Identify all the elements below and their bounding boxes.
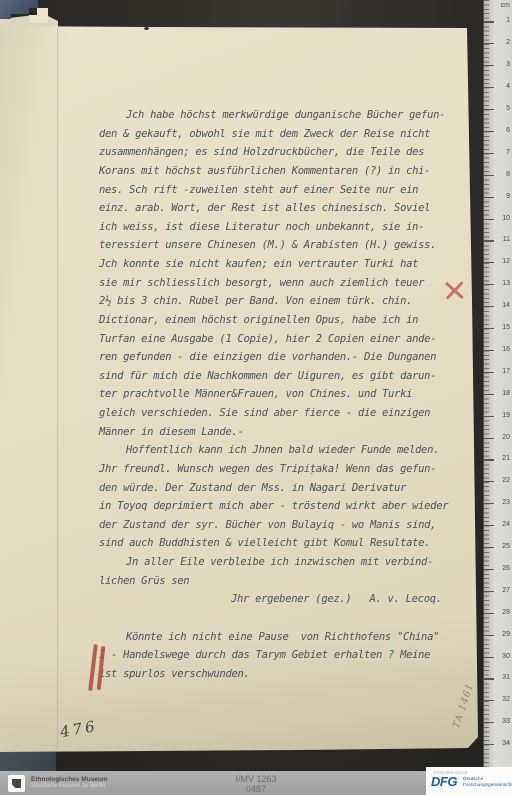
letter-body: Jch habe höchst merkwürdige dunganische …	[99, 106, 479, 683]
ruler-fine-ticks	[484, 0, 489, 771]
red-margin-marks	[90, 644, 106, 694]
paper-speck	[144, 27, 149, 30]
letter-line: ist spurlos verschwunden.	[99, 665, 479, 684]
red-x-mark	[444, 280, 465, 300]
dfg-org-name: Deutsche Forschungsgemeinschaft	[463, 777, 512, 788]
letter-line: Jhr freundl. Wunsch wegen des Tripiṭaka!…	[99, 460, 479, 479]
letter-line: zusammenhängen; es sind Holzdruckbücher,…	[99, 143, 479, 162]
letter-line: Jn aller Eile verbleibe ich inzwischen m…	[99, 553, 479, 572]
letter-line: ren gefunden - die einzigen die vorhande…	[99, 348, 479, 367]
letter-line: den & gekauft, obwohl sie mit dem Zweck …	[99, 125, 479, 144]
footer-bar: Ethnologisches Museum Staatliche Museen …	[0, 771, 512, 795]
scan-viewer: Jch habe höchst merkwürdige dunganische …	[0, 0, 512, 795]
letter-line: den würde. Der Zustand der Mss. in Nagar…	[99, 479, 479, 498]
letter-line: Dictionar, einem höchst originellen Opus…	[99, 311, 479, 330]
letter-line: in Toyoq deprimiert mich aber - tröstend…	[99, 497, 479, 516]
letter-line	[99, 609, 479, 628]
binder-bottom-edge	[0, 752, 56, 772]
letter-line: sind für mich die Nachkommen der Uiguren…	[99, 367, 479, 386]
letter-line: lichen Grüs sen	[99, 572, 479, 591]
letter-line: ich weiss, ist diese Literatur noch unbe…	[99, 218, 479, 237]
dfg-logo: DFG	[431, 774, 457, 789]
dfg-logo-box: Gefördert durch DFG Deutsche Forschungsg…	[426, 767, 512, 795]
letter-line: teressiert unsere Chinesen (M.) & Arabis…	[99, 236, 479, 255]
paper-crease	[57, 28, 59, 750]
letter-line: sie mir schliesslich besorgt, wenn auch …	[99, 274, 479, 293]
letter-line: Hoffentlich kann ich Jhnen bald wieder F…	[99, 441, 479, 460]
letter-line: Jhr ergebener (gez.) A. v. Lecoq.	[99, 590, 479, 609]
letter-line: sind auch Buddhisten & vielleicht gibt K…	[99, 534, 479, 553]
letter-line: der Zustand der syr. Bücher von Bulayiq …	[99, 516, 479, 535]
letter-line: I - Handelswege durch das Tarym Gebiet e…	[99, 646, 479, 665]
dfg-org-name-line2: Forschungsgemeinschaft	[463, 783, 512, 789]
cm-ruler: cm 1234567891011121314151617181920212223…	[483, 0, 512, 771]
letter-line: Jch habe höchst merkwürdige dunganische …	[99, 106, 479, 125]
ruler-unit-label: cm	[501, 2, 510, 9]
letter-line: Turfan eine Ausgabe (1 Copie), hier 2 Co…	[99, 330, 479, 349]
letter-line: Männer in diesem Lande.-	[99, 423, 479, 442]
letter-line: einz. arab. Wort, der Rest ist alles chi…	[99, 199, 479, 218]
letter-line: Könnte ich nicht eine Pause von Richthof…	[99, 628, 479, 647]
letter-line: Jch konnte sie nicht kaufen; ein vertrau…	[99, 255, 479, 274]
paper-corner-step	[29, 8, 48, 23]
letter-line: gleich verschieden. Sie sind aber fierce…	[99, 404, 479, 423]
letter-line: Korans mit höchst ausführlichen Kommenta…	[99, 162, 479, 181]
letter-line: nes. Sch rift -zuweilen steht auf einer …	[99, 181, 479, 200]
letter-line: ter prachtvolle Männer&Frauen, von Chine…	[99, 385, 479, 404]
letter-line: 2½ bis 3 chin. Rubel per Band. Von einem…	[99, 292, 479, 311]
